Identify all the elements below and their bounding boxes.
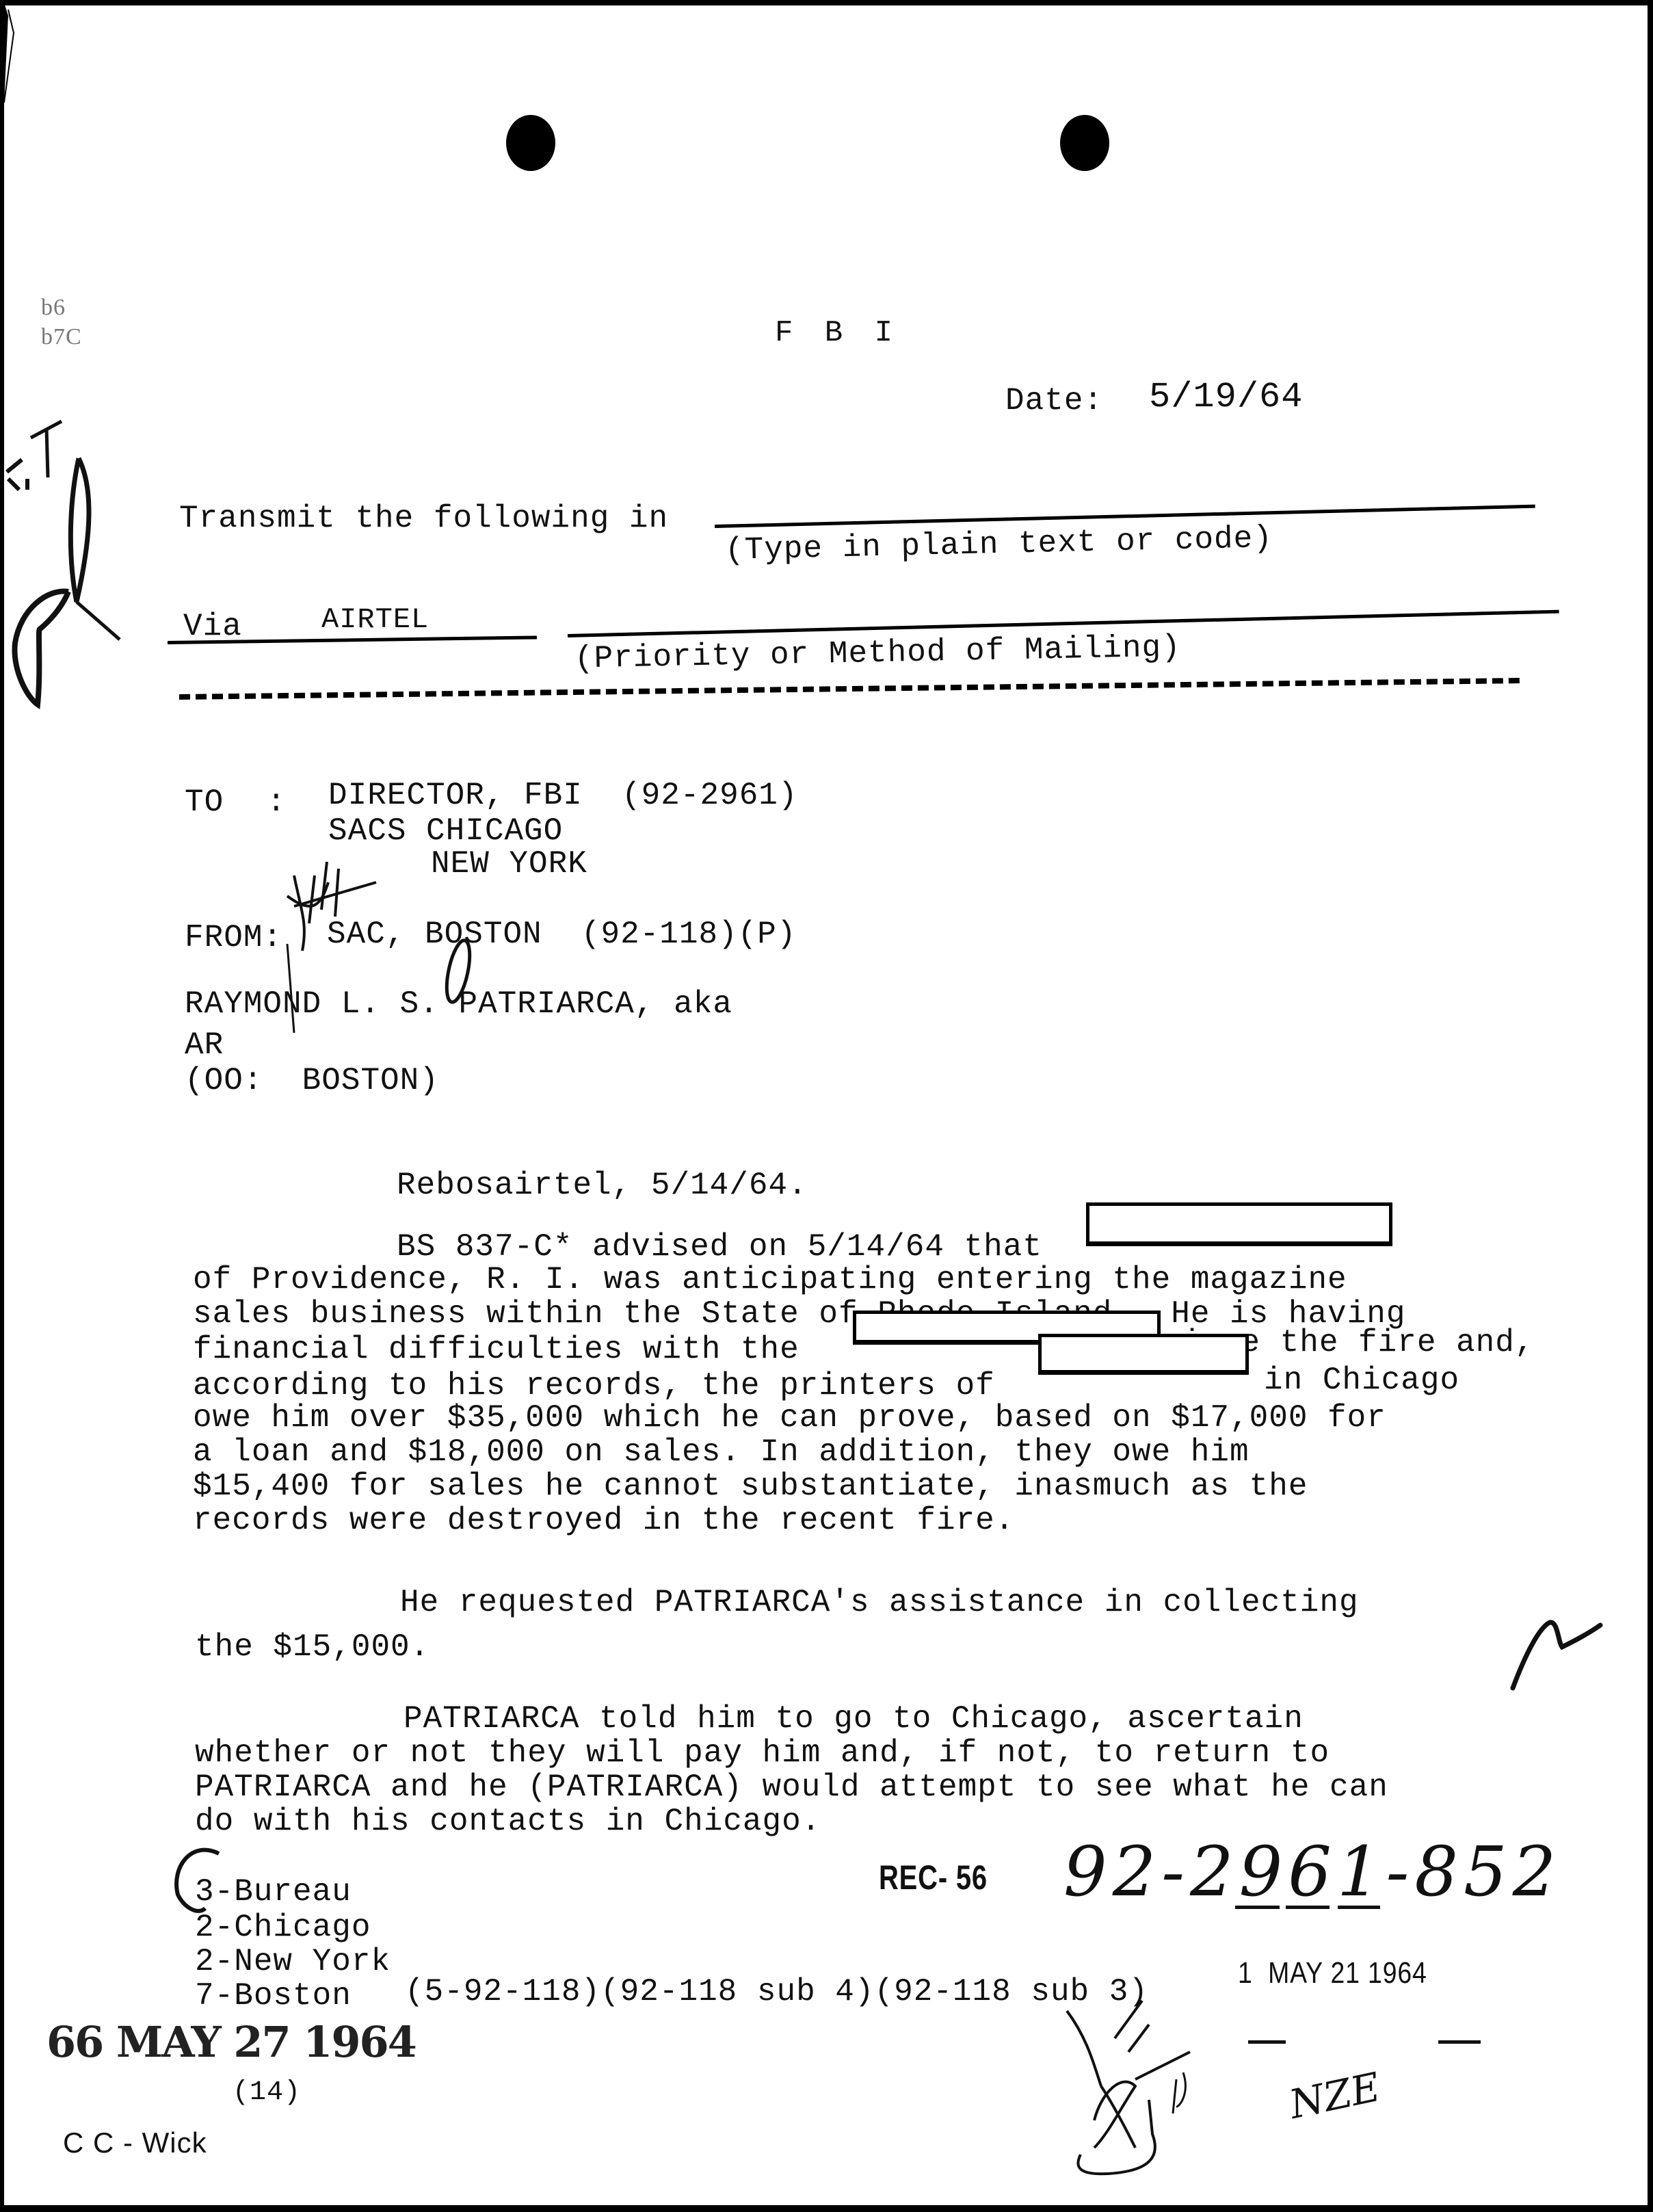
para1-line-5a: according to his records, the printers o… bbox=[193, 1370, 995, 1401]
to-recipient-3: NEW YORK bbox=[431, 848, 587, 880]
reference-line: Rebosairtel, 5/14/64. bbox=[397, 1170, 808, 1201]
punch-hole-right bbox=[1060, 115, 1109, 171]
file-number-underline-3 bbox=[1338, 1906, 1380, 1909]
via-hint: (Priority or Method of Mailing) bbox=[574, 631, 1181, 674]
to-separator: : bbox=[267, 787, 287, 818]
para1-line-4a: financial difficulties with the bbox=[193, 1334, 799, 1365]
boston-file-numbers: (5-92-118)(92-118 sub 4)(92-118 sub 3) bbox=[405, 1976, 1148, 2007]
para1-line-9: records were destroyed in the recent fir… bbox=[193, 1505, 1014, 1536]
bottom-left-date-stamp: 66 MAY 27 1964 bbox=[47, 2021, 416, 2064]
para1-line-6: owe him over $35,000 which he can prove,… bbox=[193, 1402, 1386, 1434]
via-value: AIRTEL bbox=[321, 605, 429, 634]
redaction-box-1 bbox=[1086, 1202, 1392, 1246]
cc-line: C C - Wick bbox=[63, 2129, 207, 2157]
from-value: SAC, BOSTON (92-118)(P) bbox=[327, 919, 797, 950]
scan-border-right bbox=[1648, 0, 1653, 2212]
scan-border-bottom bbox=[0, 2205, 1653, 2212]
bottom-dash-2 bbox=[1438, 2040, 1481, 2044]
date-label: Date: bbox=[1005, 385, 1103, 417]
subject-line-2: AR bbox=[185, 1029, 224, 1061]
date-value: 5/19/64 bbox=[1149, 380, 1303, 415]
document-page: b6 b7C F B I Date: 5/19/64 Transmit the … bbox=[0, 0, 1653, 2212]
bottom-dash-1 bbox=[1248, 2040, 1286, 2044]
redaction-box-3 bbox=[1038, 1334, 1249, 1375]
file-number-underline-2 bbox=[1286, 1906, 1330, 1909]
para1-line-2: of Providence, R. I. was anticipating en… bbox=[193, 1264, 1347, 1295]
distribution-new-york: 2-New York bbox=[195, 1946, 391, 1977]
from-label: FROM: bbox=[185, 922, 282, 953]
to-recipient-1: DIRECTOR, FBI (92-2961) bbox=[328, 780, 798, 811]
para3-line-3: PATRIARCA and he (PATRIARCA) would attem… bbox=[195, 1772, 1388, 1803]
para1-line-1: BS 837-C* advised on 5/14/64 that bbox=[397, 1231, 1042, 1263]
agency-header: F B I bbox=[775, 318, 899, 348]
scan-border-top bbox=[0, 0, 1653, 5]
exemption-code-b6: b6 bbox=[41, 294, 66, 321]
para3-line-2: whether or not they will pay him and, if… bbox=[195, 1737, 1330, 1769]
margin-handwritten-initials bbox=[0, 424, 164, 711]
bottom-right-initials: NZE bbox=[1285, 2064, 1384, 2128]
file-number-underline-1 bbox=[1235, 1906, 1280, 1909]
bottom-left-sub-stamp: (14) bbox=[233, 2079, 301, 2107]
rec-stamp: REC- 56 bbox=[879, 1860, 988, 1895]
subject-line-1: RAYMOND L. S. PATRIARCA, aka bbox=[185, 988, 732, 1020]
distribution-boston: 7-Boston bbox=[195, 1980, 352, 2012]
distribution-chicago: 2-Chicago bbox=[195, 1912, 371, 1943]
subject-line-3: (OO: BOSTON) bbox=[185, 1065, 439, 1096]
punch-hole-left bbox=[506, 115, 555, 171]
transmit-hint: (Type in plain text or code) bbox=[725, 523, 1273, 566]
handwritten-signature-bottom bbox=[1053, 1997, 1231, 2189]
folded-corner-mark bbox=[0, 0, 27, 109]
para1-line-8: $15,400 for sales he cannot substantiate… bbox=[193, 1471, 1308, 1502]
header-divider bbox=[179, 678, 1520, 700]
para2-line-2: the $15,000. bbox=[195, 1631, 429, 1663]
handwritten-check-mark bbox=[1505, 1614, 1607, 1696]
to-label: TO bbox=[185, 787, 224, 818]
handwritten-file-number: 92-2961-852 bbox=[1063, 1832, 1561, 1912]
para1-line-7: a loan and $18,000 on sales. In addition… bbox=[193, 1436, 1249, 1468]
para2-line-1: He requested PATRIARCA's assistance in c… bbox=[400, 1587, 1359, 1618]
transmit-label: Transmit the following in bbox=[179, 503, 668, 534]
para3-line-1: PATRIARCA told him to go to Chicago, asc… bbox=[404, 1703, 1304, 1735]
distribution-bureau: 3-Bureau bbox=[195, 1876, 352, 1908]
para1-line-5b: in Chicago bbox=[1264, 1365, 1459, 1396]
scan-border-left bbox=[0, 0, 4, 2212]
via-label: Via bbox=[183, 611, 242, 642]
para3-line-4: do with his contacts in Chicago. bbox=[195, 1806, 821, 1837]
to-recipient-2: SACS CHICAGO bbox=[328, 815, 563, 847]
exemption-code-b7c: b7C bbox=[41, 324, 82, 350]
received-date-stamp: 1 MAY 21 1964 bbox=[1238, 1958, 1427, 1988]
